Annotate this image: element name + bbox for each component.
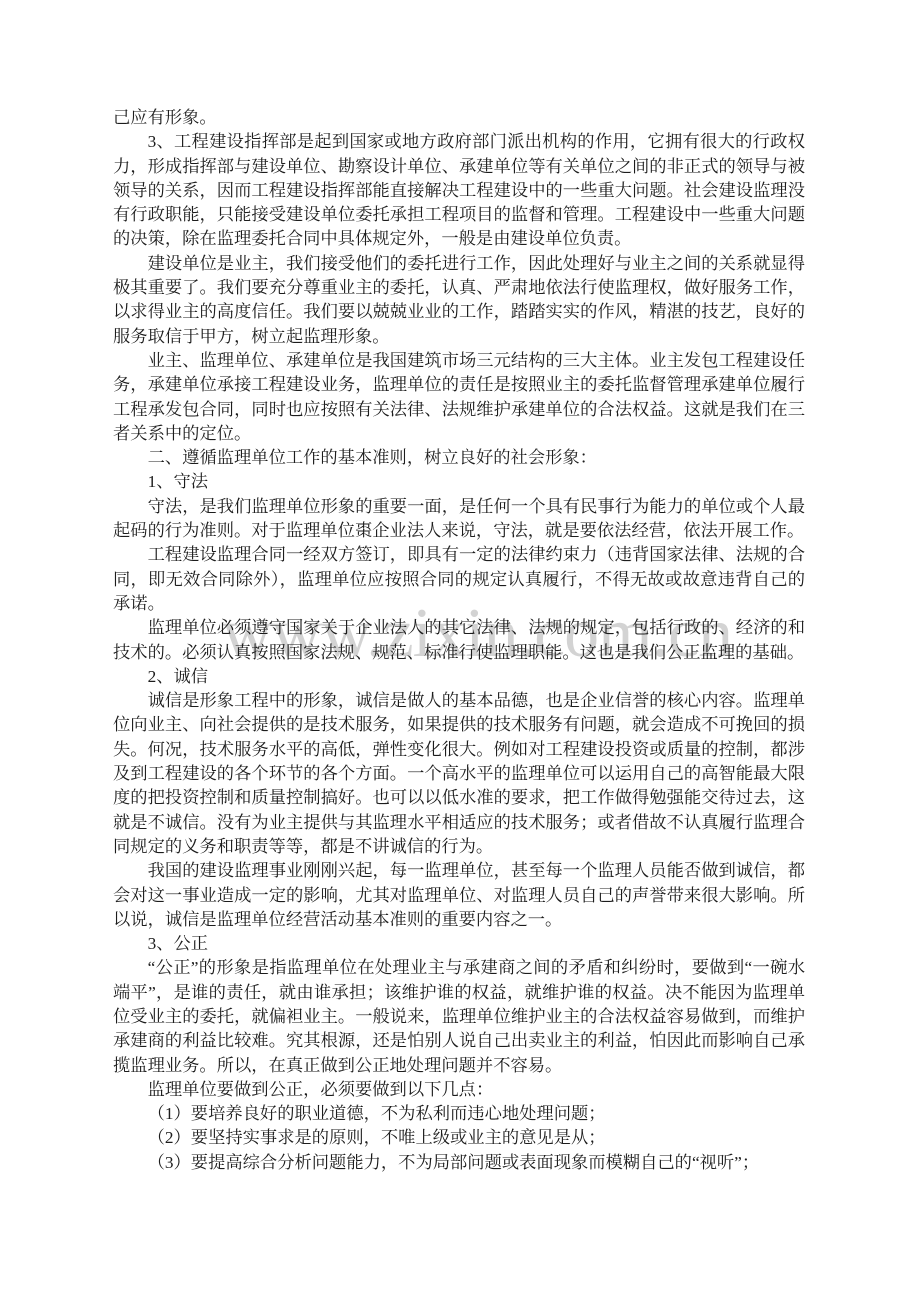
document-page: { "page": { "background": "#ffffff", "te…	[0, 0, 920, 1302]
paragraph-1: 己应有形象。	[113, 106, 805, 130]
paragraph-11: 诚信是形象工程中的形象，诚信是做人的基本品德，也是企业信誉的核心内容。监理单位向…	[113, 689, 805, 859]
paragraph-4: 业主、监理单位、承建单位是我国建筑市场三元结构的三大主体。业主发包工程建设任务，…	[113, 349, 805, 446]
paragraph-3: 建设单位是业主，我们接受他们的委托进行工作，因此处理好与业主之间的关系就显得极其…	[113, 252, 805, 349]
paragraph-10: 2、诚信	[113, 665, 805, 689]
paragraph-6: 1、守法	[113, 470, 805, 494]
paragraph-8: 工程建设监理合同一经双方签订，即具有一定的法律约束力（违背国家法律、法规的合同，…	[113, 543, 805, 616]
paragraph-5: 二、遵循监理单位工作的基本准则，树立良好的社会形象：	[113, 446, 805, 470]
paragraph-9: 监理单位必须遵守国家关于企业法人的其它法律、法规的规定，包括行政的、经济的和技术…	[113, 616, 805, 665]
paragraph-12: 我国的建设监理事业刚刚兴起，每一监理单位，甚至每一个监理人员能否做到诚信，都会对…	[113, 859, 805, 932]
paragraph-14: “公正”的形象是指监理单位在处理业主与承建商之间的矛盾和纠纷时，要做到“一碗水端…	[113, 956, 805, 1077]
document-content: 己应有形象。3、工程建设指挥部是起到国家或地方政府部门派出机构的作用，它拥有很大…	[113, 106, 805, 1175]
paragraph-7: 守法，是我们监理单位形象的重要一面，是任何一个具有民事行为能力的单位或个人最起码…	[113, 495, 805, 544]
paragraph-15: 监理单位要做到公正，必须要做到以下几点：	[113, 1078, 805, 1102]
paragraph-17: （2）要坚持实事求是的原则，不唯上级或业主的意见是从；	[113, 1126, 805, 1150]
paragraph-16: （1）要培养良好的职业道德，不为私利而违心地处理问题；	[113, 1102, 805, 1126]
paragraph-18: （3）要提高综合分析问题能力，不为局部问题或表面现象而模糊自己的“视听”；	[113, 1151, 805, 1175]
paragraph-13: 3、公正	[113, 932, 805, 956]
paragraph-2: 3、工程建设指挥部是起到国家或地方政府部门派出机构的作用，它拥有很大的行政权力，…	[113, 130, 805, 251]
